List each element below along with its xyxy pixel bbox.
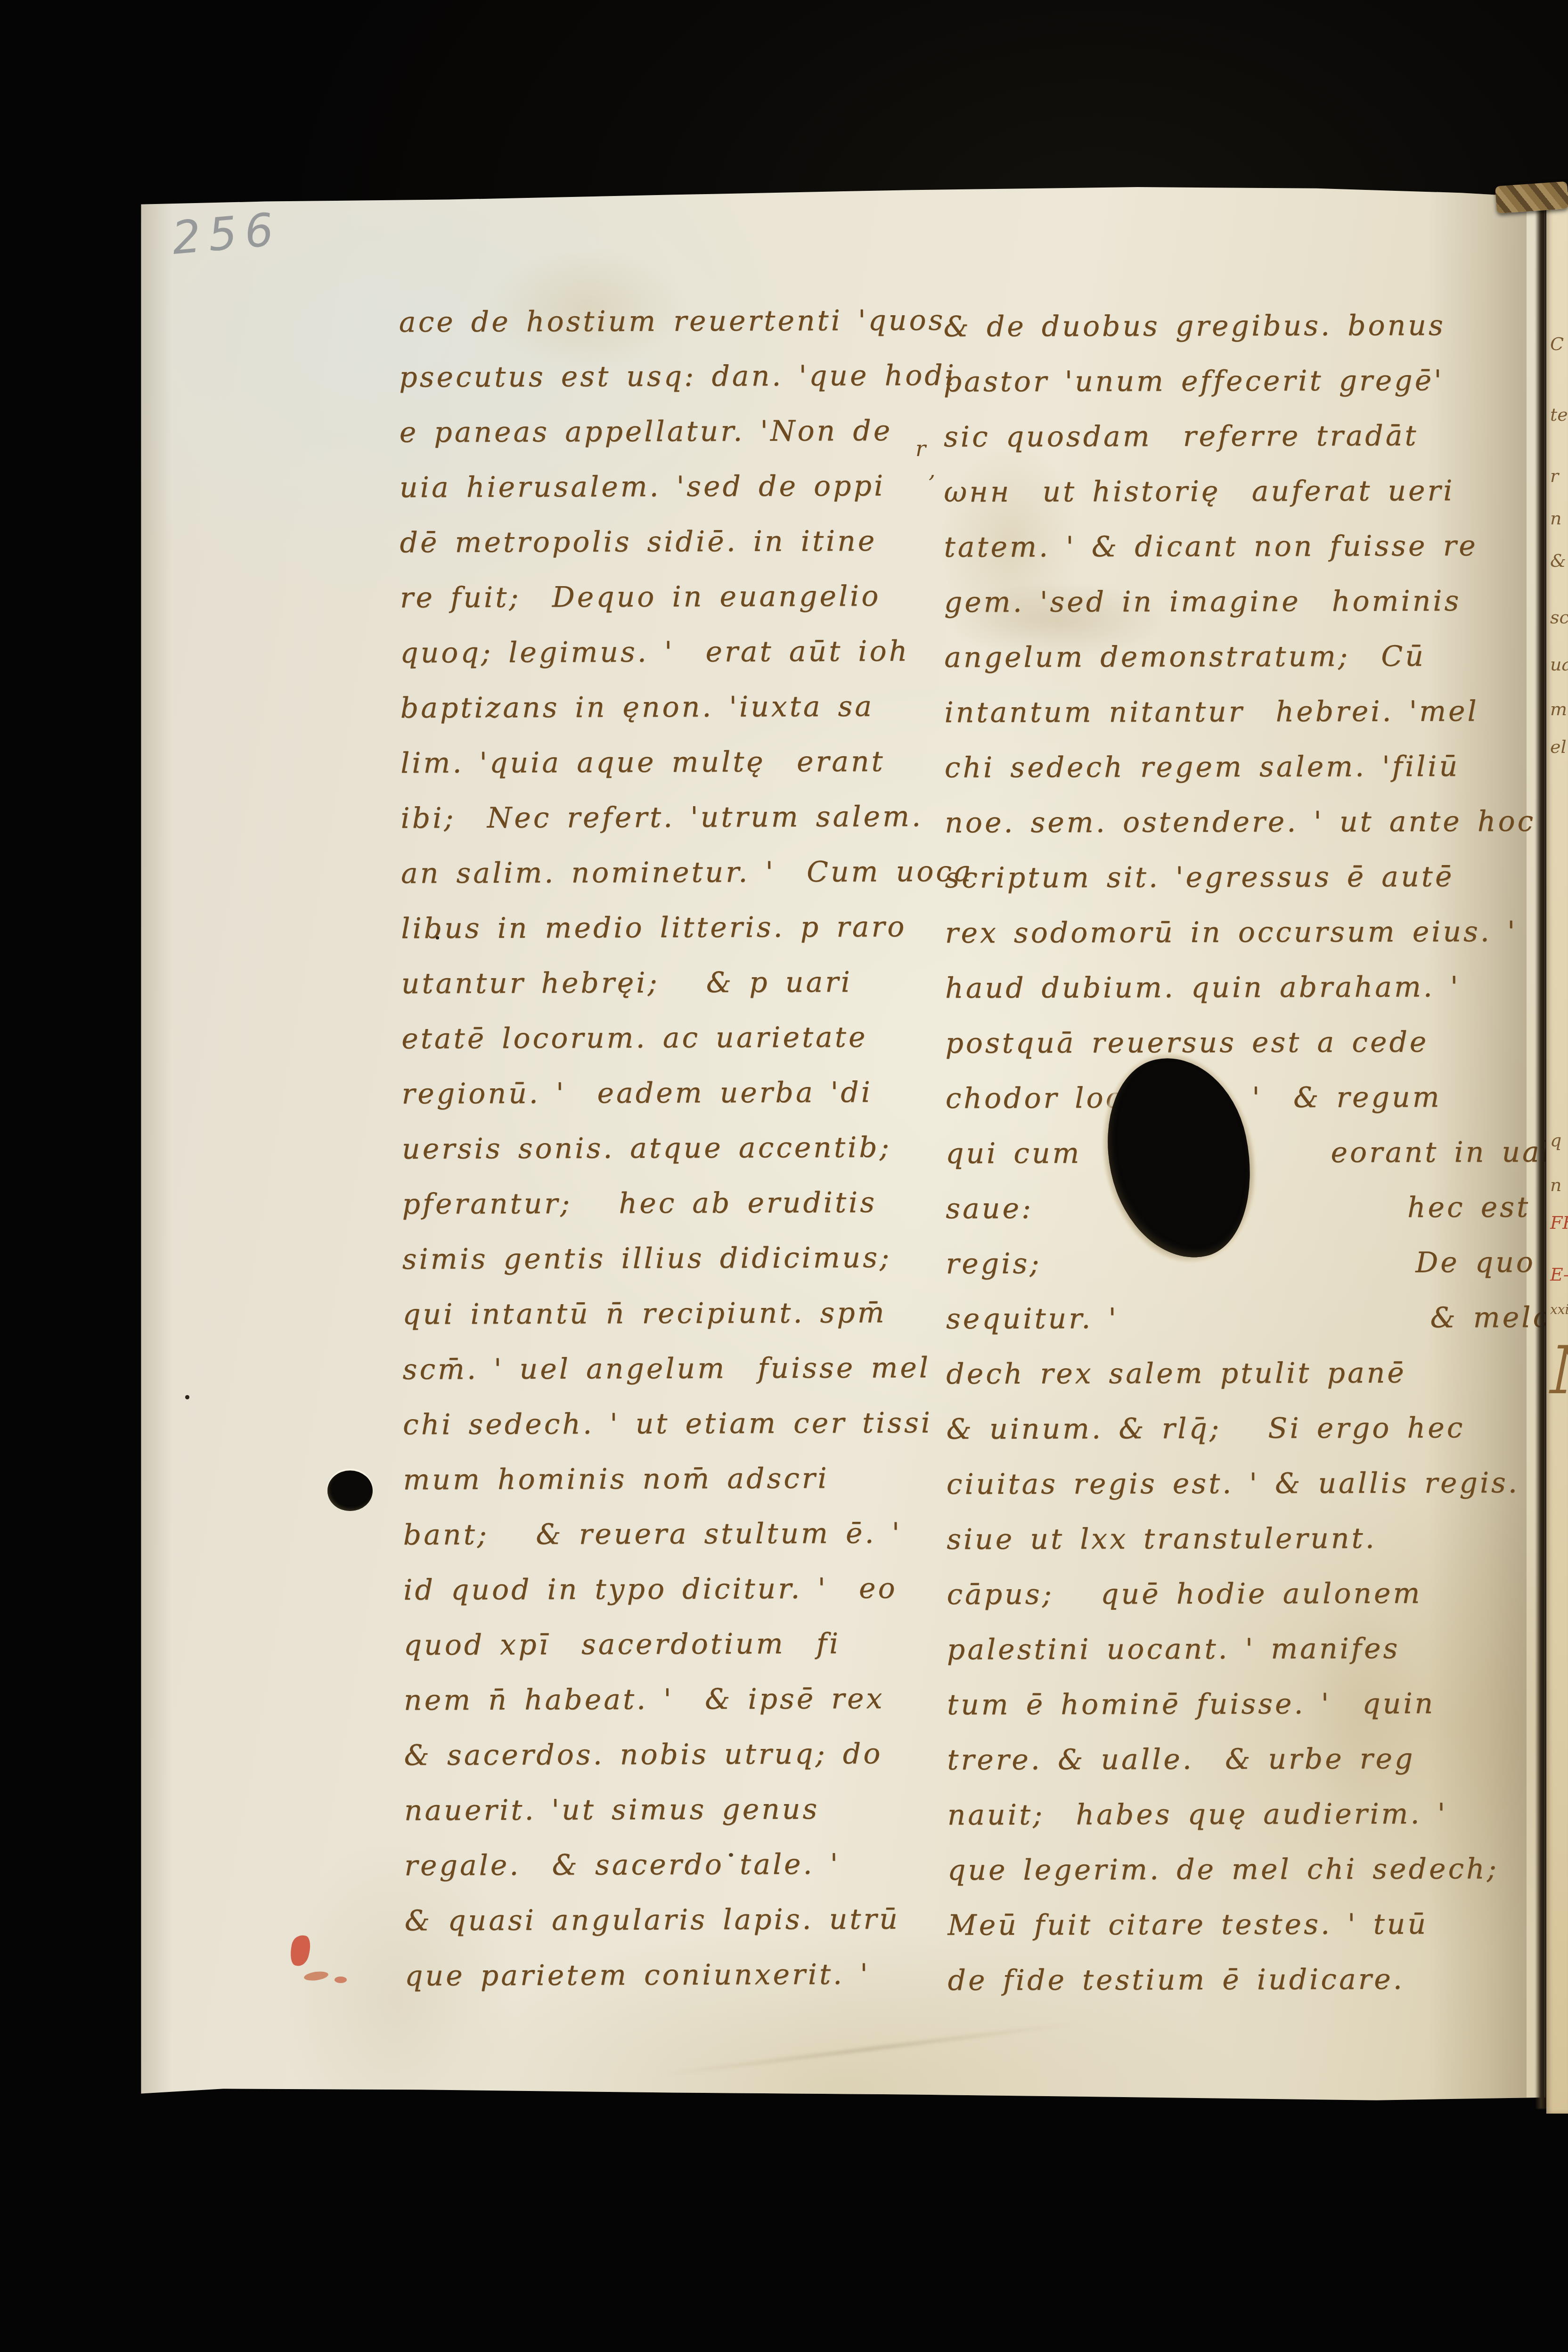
text-line: que parietem coniunxerit. ': [405, 1958, 928, 2015]
text-line: regis; De quo stati: [946, 1246, 1511, 1302]
text-line: E—: [1550, 1264, 1568, 1285]
text-line: id quod in typo dicitur. ' eo: [403, 1572, 926, 1629]
text-line: quoq; legimus. ' erat aūt ioh: [400, 635, 923, 692]
text-line: n: [1550, 1175, 1561, 1195]
text-line: psecutus est usq: dan. 'que hodi: [399, 359, 922, 416]
text-line: sequitur. ' & melchise: [946, 1301, 1511, 1357]
text-line: baptizans in ęnon. 'iuxta sa: [400, 690, 923, 747]
text-line: utantur hebręi; & p uari: [401, 965, 924, 1022]
text-line: uia hierusalem. 'sed de oppi: [400, 469, 923, 526]
text-line: lim. 'quia aque multę erant: [400, 745, 923, 802]
text-line: gem. 'sed in imagine hominis: [944, 584, 1510, 641]
text-line: scriptum sit. 'egressus ē autē: [945, 860, 1510, 916]
text-line: mum hominis nom̄ adscri: [403, 1462, 926, 1519]
text-line: tatem. ' & dicant non fuisse re: [944, 529, 1509, 586]
text-line: n: [1550, 508, 1561, 529]
text-line: chi sedech regem salem. 'filiū: [945, 750, 1510, 806]
photo-stage: 256 ace de hostium reuertenti 'quospsecu…: [0, 0, 1568, 2352]
text-line: q: [1550, 1130, 1561, 1151]
text-line: bant; & reuera stultum ē. ': [403, 1517, 926, 1574]
text-line: ace de hostium reuertenti 'quos: [399, 304, 922, 361]
text-line: intantum nitantur hebrei. 'mel: [944, 694, 1510, 751]
text-line: ωнн ut historię auferat ueri: [944, 474, 1509, 531]
text-line: nauit; habes quę audierim. ': [947, 1797, 1513, 1854]
text-line: angelum demonstratum; Cū: [944, 639, 1510, 696]
text-line: &: [1550, 550, 1566, 571]
margin-correction-mark: r: [915, 436, 926, 461]
parchment-crease: [139, 186, 172, 2106]
text-line: ciuitas regis est. ' & uallis regis.: [947, 1466, 1512, 1523]
ink-speck: [729, 1853, 733, 1857]
text-line: r: [1550, 465, 1559, 486]
text-line: sc: [1550, 607, 1568, 628]
text-line: an salim. nominetur. ' Cum uoca: [401, 855, 924, 912]
text-line: noe. sem. ostendere. ' ut ante hoc: [945, 805, 1510, 861]
text-line: N: [1550, 1332, 1568, 1409]
text-line: dē metropolis sidiē. in itine: [400, 524, 923, 581]
margin-comma-mark: ,: [929, 457, 936, 482]
text-line: Meū fuit citare testes. ' tuū: [947, 1907, 1513, 1964]
text-line: & de duobus gregibus. bonus: [943, 309, 1509, 365]
text-line: rex sodomorū in occursum eius. ': [945, 915, 1511, 972]
text-line: regionū. ' eadem uerba 'di: [401, 1076, 924, 1133]
manuscript-page: 256 ace de hostium reuertenti 'quospsecu…: [139, 186, 1545, 2106]
text-line: uersis sonis. atque accentib;: [402, 1131, 925, 1188]
text-line: etatē locorum. ac uarietate: [401, 1021, 924, 1078]
text-line: re fuit; Dequo in euangelio: [400, 580, 923, 637]
text-line: chi sedech. ' ut etiam cer tissi: [403, 1406, 926, 1463]
text-line: scm̄. ' uel angelum fuisse mel: [402, 1351, 925, 1408]
text-line: quod xpī sacerdotium fi: [403, 1627, 926, 1684]
text-column-left: ace de hostium reuertenti 'quospsecutus …: [399, 304, 928, 2015]
text-line: sic quosdam referre tradāt: [944, 419, 1509, 475]
red-ink-blot: [288, 1934, 313, 1968]
text-line: ibi; Nec refert. 'utrum salem.: [400, 800, 923, 857]
page-edge-shadow: [1535, 188, 1547, 2109]
text-line: libus in medio litteris. p raro: [401, 910, 924, 967]
text-line: postquā reuersus est a cede: [945, 1025, 1511, 1082]
text-line: qui intantū n̄ recipiunt. spm̄: [402, 1296, 925, 1353]
text-line: pferantur; hec ab eruditis: [402, 1186, 925, 1243]
text-line: e paneas appellatur. 'Non de: [399, 414, 922, 471]
text-line: te: [1550, 404, 1568, 425]
text-line: dech rex salem ptulit panē: [946, 1356, 1511, 1413]
text-line: FH: [1550, 1212, 1568, 1233]
text-line: nem n̄ habeat. ' & ipsē rex: [404, 1682, 927, 1739]
ink-speck: [436, 936, 439, 939]
text-line: ua: [1550, 654, 1568, 675]
text-line: simis gentis illius didicimus;: [402, 1241, 925, 1298]
text-line: & quasi angularis lapis. utrū: [405, 1903, 928, 1960]
red-ink-smear: [335, 1976, 347, 1983]
text-line: trere. & ualle. & urbe reg: [947, 1742, 1512, 1798]
text-line: m: [1550, 699, 1567, 719]
text-line: siue ut lxx transtulerunt.: [947, 1521, 1512, 1578]
next-leaf-edge: Ctern&scuamelqnFHE—xxi·N: [1546, 192, 1568, 2114]
text-line: xxi·: [1550, 1302, 1568, 1317]
text-line: de fide testium ē iudicare.: [947, 1962, 1513, 2019]
text-line: haud dubium. quin abraham. ': [945, 970, 1511, 1027]
text-line: el: [1550, 736, 1567, 757]
parchment-hole-small: [327, 1470, 373, 1511]
text-line: palestini uocant. ' manifes: [947, 1632, 1512, 1688]
text-line: pastor 'unum effecerit gregē': [944, 364, 1509, 420]
text-line: C: [1550, 334, 1564, 354]
text-line: nauerit. 'ut simus genus: [404, 1792, 927, 1849]
text-line: que legerim. de mel chi sedech;: [947, 1852, 1513, 1909]
text-line: & uinum. & rlq̄; Si ergo hec: [946, 1411, 1511, 1468]
ink-speck: [185, 1395, 189, 1399]
parchment-crease: [659, 2021, 1080, 2077]
red-ink-smear: [303, 1970, 329, 1982]
text-line: cāpus; quē hodie aulonem: [947, 1576, 1512, 1633]
text-line: tum ē hominē fuisse. ' quin: [947, 1687, 1512, 1743]
folio-number: 256: [170, 203, 283, 265]
text-line: regale. & sacerdo tale. ': [404, 1847, 927, 1904]
binding-headband-icon: [1495, 181, 1568, 214]
text-line: & sacerdos. nobis utruq; do: [404, 1737, 927, 1794]
